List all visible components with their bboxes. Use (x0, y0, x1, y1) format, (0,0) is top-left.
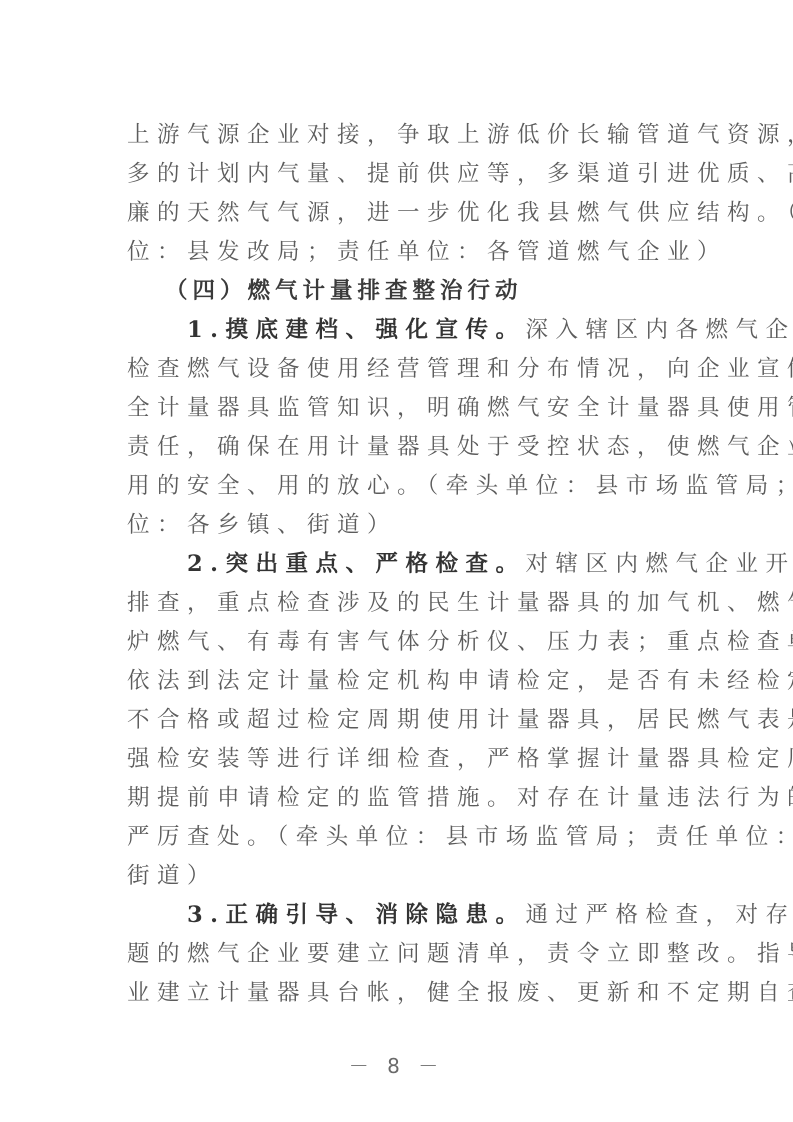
item-text: 对辖区内燃气企业开展地毯式 (526, 551, 793, 577)
text-line: 上游气源企业对接，争取上游低价长输管道气资源，争取更 (127, 116, 669, 155)
item-lead-title: 3.正确引导、消除隐患。 (187, 902, 526, 928)
text-line: 廉的天然气气源，进一步优化我县燃气供应结构。（牵头单 (127, 194, 669, 233)
item-paragraph-3: 3.正确引导、消除隐患。通过严格检查，对存在计量问 题的燃气企业要建立问题清单，… (127, 896, 669, 1013)
item-lead-title: 1.摸底建档、强化宣传。 (187, 317, 526, 343)
text-line: 依法到法定计量检定机构申请检定，是否有未经检定、检定 (127, 662, 669, 701)
text-line: 题的燃气企业要建立问题清单，责令立即整改。指导燃气企 (127, 935, 669, 974)
item-text: 深入辖区内各燃气企业，认真 (526, 317, 793, 343)
text-line: 不合格或超过检定周期使用计量器具，居民燃气表是否首次 (127, 701, 669, 740)
item-text: 通过严格检查，对存在计量问 (526, 902, 793, 928)
text-line: 全计量器具监管知识，明确燃气安全计量器具使用管理主体 (127, 389, 669, 428)
continuation-paragraph: 上游气源企业对接，争取上游低价长输管道气资源，争取更 多的计划内气量、提前供应等… (127, 116, 669, 272)
page-number: － 8 － (0, 1050, 793, 1079)
document-page: 上游气源企业对接，争取上游低价长输管道气资源，争取更 多的计划内气量、提前供应等… (0, 0, 793, 1122)
text-line: 责任，确保在用计量器具处于受控状态，使燃气企业和居民 (127, 428, 669, 467)
text-line: 用的安全、用的放心。（牵头单位：县市场监管局；责任单 (127, 467, 669, 506)
item-first-line: 2.突出重点、严格检查。对辖区内燃气企业开展地毯式 (127, 545, 669, 584)
text-line: 检查燃气设备使用经营管理和分布情况，向企业宣传燃气安 (127, 350, 669, 389)
item-first-line: 1.摸底建档、强化宣传。深入辖区内各燃气企业，认真 (127, 311, 669, 350)
section-heading: （四）燃气计量排查整治行动 (127, 272, 669, 311)
item-paragraph-1: 1.摸底建档、强化宣传。深入辖区内各燃气企业，认真 检查燃气设备使用经营管理和分… (127, 311, 669, 545)
text-line: 多的计划内气量、提前供应等，多渠道引进优质、高效、价 (127, 155, 669, 194)
document-body: 上游气源企业对接，争取上游低价长输管道气资源，争取更 多的计划内气量、提前供应等… (127, 116, 669, 1013)
text-line: 位：各乡镇、街道） (127, 506, 669, 545)
text-line: 严厉查处。（牵头单位：县市场监管局；责任单位：各乡镇、 (127, 818, 669, 857)
text-line: 排查，重点检查涉及的民生计量器具的加气机、燃气表、锅 (127, 584, 669, 623)
text-line: 街道） (127, 857, 669, 896)
item-paragraph-2: 2.突出重点、严格检查。对辖区内燃气企业开展地毯式 排查，重点检查涉及的民生计量… (127, 545, 669, 896)
text-line: 位：县发改局；责任单位：各管道燃气企业） (127, 233, 669, 272)
text-line: 业建立计量器具台帐，健全报废、更新和不定期自查制度， (127, 974, 669, 1013)
item-lead-title: 2.突出重点、严格检查。 (187, 551, 526, 577)
item-first-line: 3.正确引导、消除隐患。通过严格检查，对存在计量问 (127, 896, 669, 935)
text-line: 炉燃气、有毒有害气体分析仪、压力表；重点检查单位是否 (127, 623, 669, 662)
text-line: 期提前申请检定的监管措施。对存在计量违法行为的单位要 (127, 779, 669, 818)
text-line: 强检安装等进行详细检查，严格掌握计量器具检定周期，到 (127, 740, 669, 779)
